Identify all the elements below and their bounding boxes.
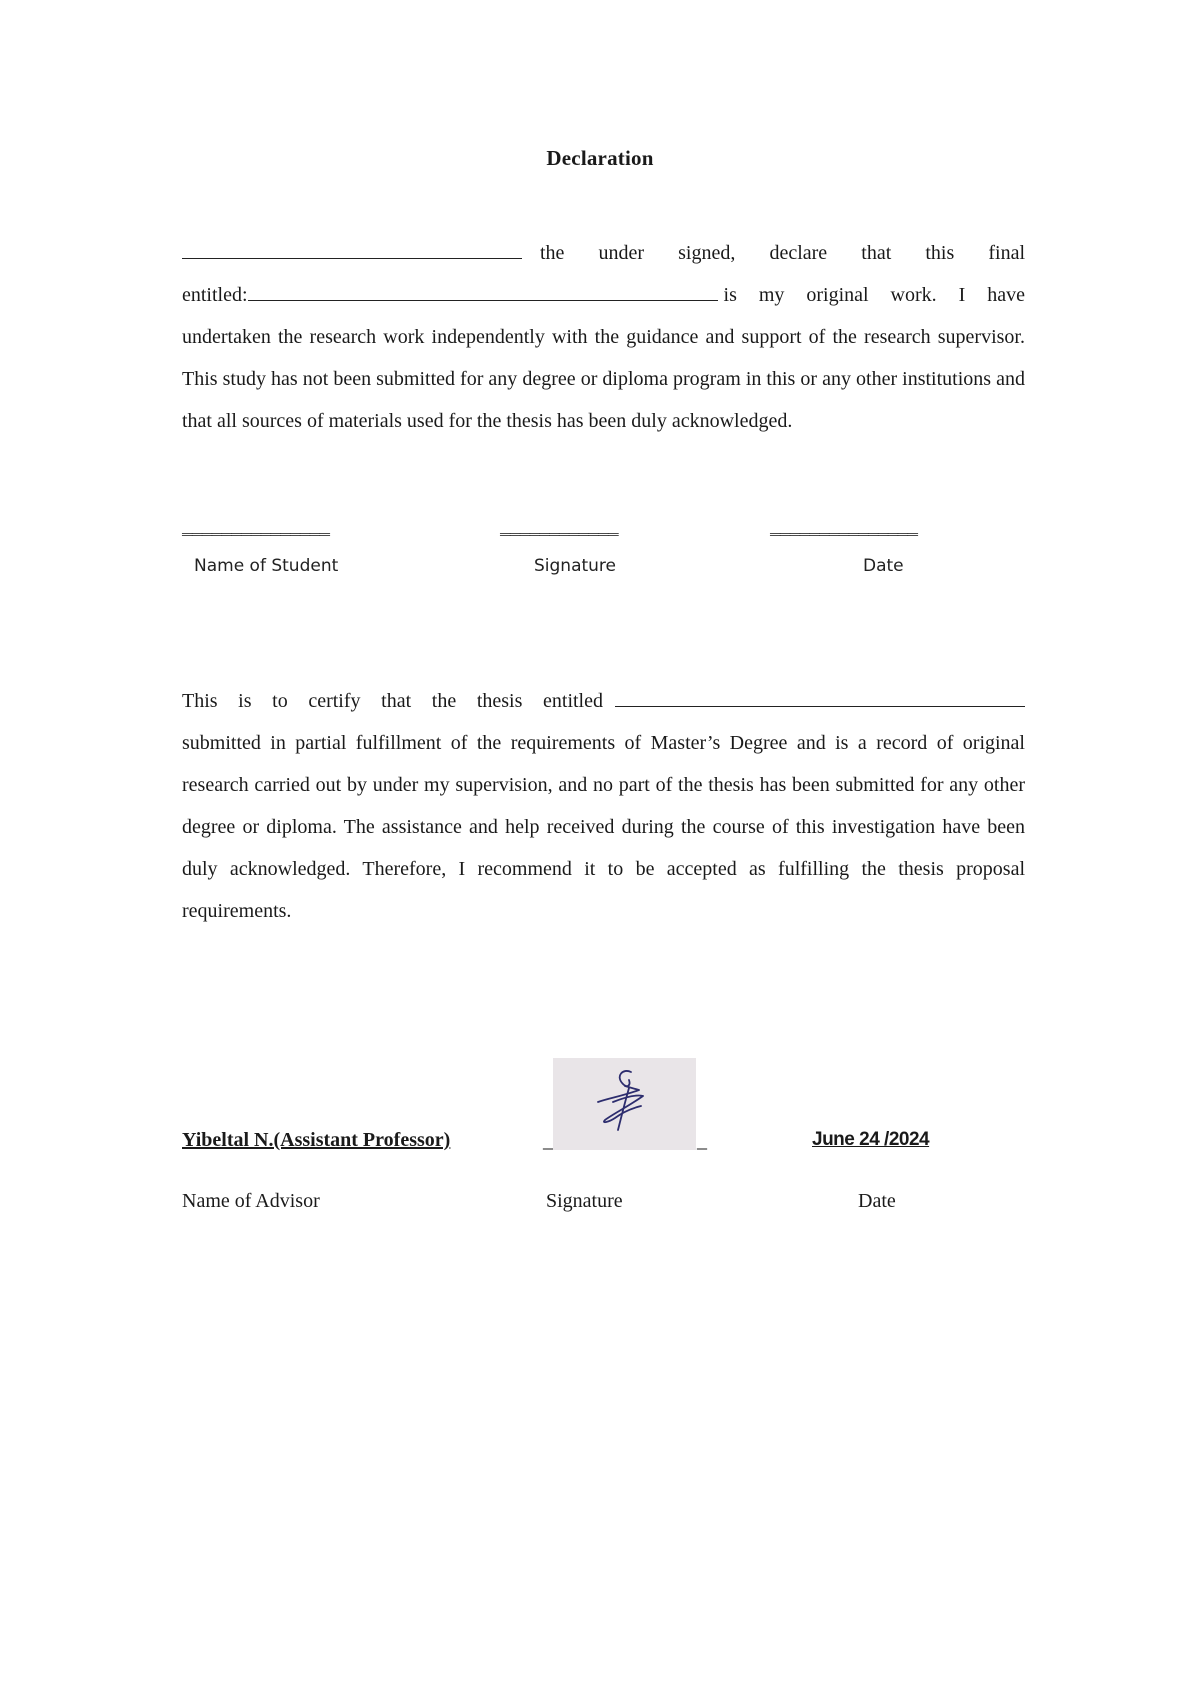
signature-underscore-right: _ [697,1130,707,1153]
signature-underscore-left: _ [543,1130,553,1153]
student-signature-label: Signature [534,556,616,576]
advisor-certification-paragraph: This is to certify that the thesis entit… [182,680,1025,932]
certified-thesis-title-blank [615,705,1025,707]
declaration-line-2: entitled:is my original work. I have [182,274,1025,316]
advisor-name: Yibeltal N.(Assistant Professor) [182,1129,450,1152]
student-declaration-paragraph: the under signed, declare that this fina… [182,232,1025,442]
declaration-body: undertaken the research work independent… [182,326,1025,432]
page-title: Declaration [0,146,1200,171]
declaration-line-1: the under signed, declare that this fina… [182,232,1025,274]
student-name-label: Name of Student [194,556,338,576]
student-signature-dash-line: ‗‗‗‗‗‗‗‗‗‗‗‗ [500,518,618,538]
advisor-name-label: Name of Advisor [182,1190,320,1213]
student-name-dash-line: ‗‗‗‗‗‗‗‗‗‗‗‗‗‗‗ [182,518,329,538]
advisor-signature-image [553,1058,696,1150]
thesis-title-blank [248,299,718,301]
student-name-blank [182,257,522,259]
advisor-signature-label: Signature [546,1190,623,1213]
certification-body: submitted in partial fulfillment of the … [182,732,1025,922]
student-date-dash-line: ‗‗‗‗‗‗‗‗‗‗‗‗‗‗‗ [770,518,917,538]
certification-line-1: This is to certify that the thesis entit… [182,680,1025,722]
student-date-label: Date [863,556,904,576]
advisor-date-label: Date [858,1190,896,1213]
advisor-date: June 24 /2024 [812,1129,929,1151]
handwritten-signature-icon [553,1058,696,1150]
